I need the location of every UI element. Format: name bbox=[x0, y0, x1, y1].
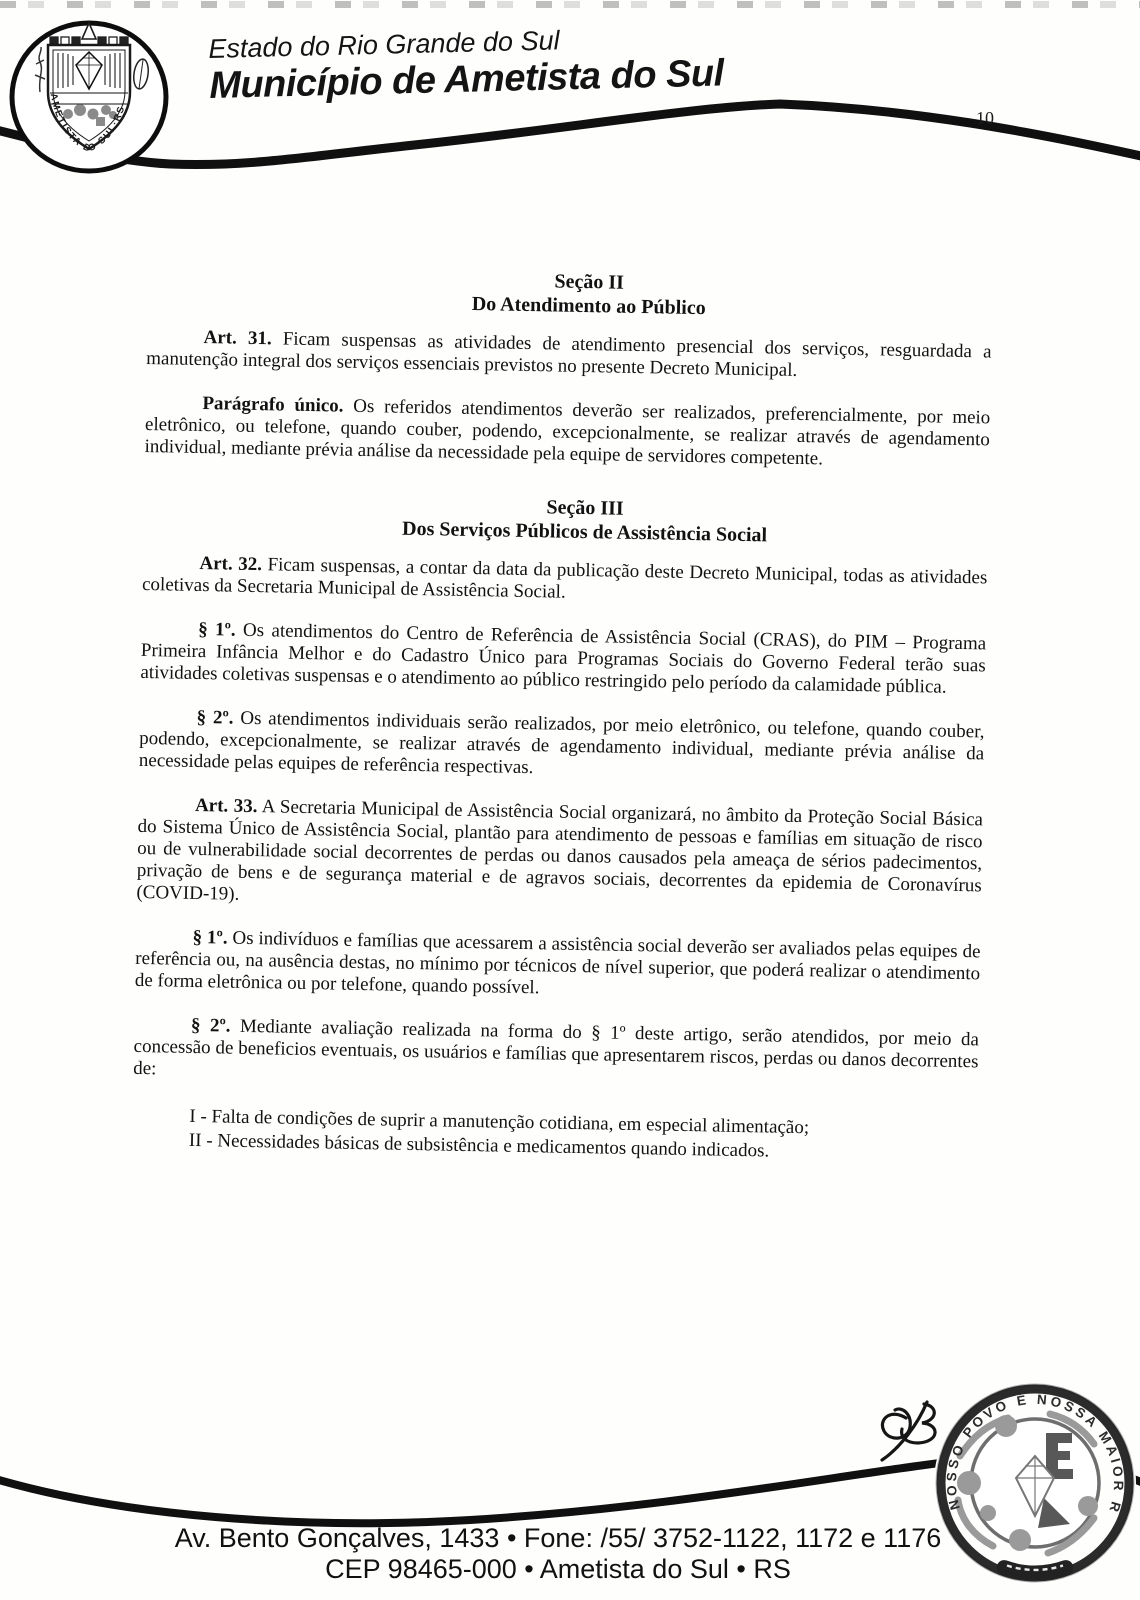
article-33-par2-text: Mediante avaliação realizada na forma do… bbox=[133, 1016, 979, 1079]
article-33-text: A Secretaria Municipal de Assistência So… bbox=[136, 796, 983, 905]
article-32-par1-paragraph: § 1º. Os atendimentos do Centro de Refer… bbox=[140, 618, 986, 699]
article-33-par1-lead: § 1º. bbox=[192, 927, 227, 949]
page-number: 10 bbox=[976, 108, 994, 129]
paragrafo-unico-paragraph: Parágrafo único. Os referidos atendiment… bbox=[144, 392, 990, 473]
article-33-par1-text: Os indivíduos e famílias que acessarem a… bbox=[135, 928, 981, 999]
scanned-document-page: AMETISTA DO SUL·RS Estado do Rio Grande … bbox=[0, 0, 1140, 1600]
article-31-lead: Art. 31. bbox=[203, 327, 271, 349]
article-31-paragraph: Art. 31. Ficam suspensas as atividades d… bbox=[146, 326, 992, 385]
section-ii-heading: Seção II Do Atendimento ao Público bbox=[147, 262, 993, 325]
article-33-paragraph: Art. 33. A Secretaria Municipal de Assis… bbox=[136, 794, 983, 919]
article-33-lead: Art. 33. bbox=[195, 795, 258, 817]
article-32-par2-paragraph: § 2º. Os atendimentos individuais serão … bbox=[139, 706, 985, 787]
article-32-par2-lead: § 2º. bbox=[196, 707, 233, 729]
article-31-text: Ficam suspensas as atividades de atendim… bbox=[146, 328, 992, 380]
article-32-lead: Art. 32. bbox=[199, 553, 262, 575]
coat-of-arms-icon: AMETISTA DO SUL·RS bbox=[12, 23, 166, 171]
article-33-par1-paragraph: § 1º. Os indivíduos e famílias que acess… bbox=[135, 926, 981, 1007]
document-body: Seção II Do Atendimento ao Público Art. … bbox=[132, 262, 993, 1167]
footer-address-block: Av. Bento Gonçalves, 1433 • Fone: /55/ 3… bbox=[0, 1523, 1128, 1585]
paragrafo-unico-lead: Parágrafo único. bbox=[202, 393, 344, 417]
article-32-paragraph: Art. 32. Ficam suspensas, a contar da da… bbox=[142, 552, 988, 611]
section-iii-heading: Seção III Dos Serviços Públicos de Assis… bbox=[143, 480, 989, 551]
letterhead: Estado do Rio Grande do Sul Município de… bbox=[208, 21, 724, 107]
article-32-text: Ficam suspensas, a contar da data da pub… bbox=[142, 554, 988, 602]
footer-address-line: Av. Bento Gonçalves, 1433 • Fone: /55/ 3… bbox=[0, 1523, 1128, 1554]
article-33-par2-paragraph: § 2º. Mediante avaliação realizada na fo… bbox=[133, 1014, 979, 1095]
article-32-par2-text: Os atendimentos individuais serão realiz… bbox=[139, 708, 985, 778]
article-32-par1-lead: § 1º. bbox=[198, 619, 236, 641]
article-32-par1-text: Os atendimentos do Centro de Referência … bbox=[140, 620, 986, 698]
article-33-par2-lead: § 2º. bbox=[191, 1015, 231, 1037]
header-swoosh-line bbox=[0, 104, 1140, 165]
footer-cep-line: CEP 98465-000 • Ametista do Sul • RS bbox=[0, 1554, 1128, 1585]
roman-numeral-list: I - Falta de condições de suprir a manut… bbox=[189, 1103, 978, 1167]
